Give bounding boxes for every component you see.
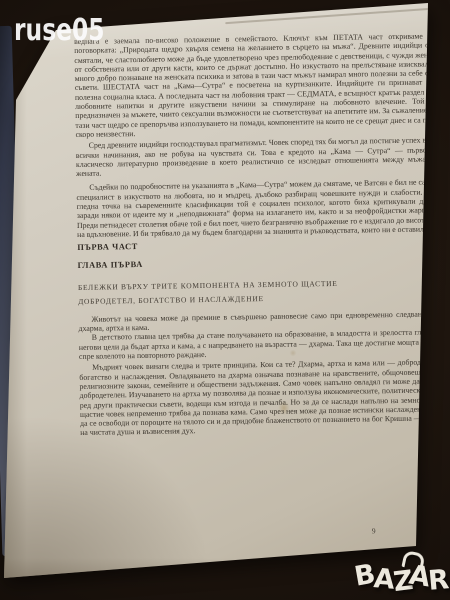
paragraph: Сред древните индийци господствувал праг… bbox=[76, 136, 435, 179]
paragraph: Мъдрият човек винаги следва и трите прин… bbox=[79, 358, 438, 438]
paragraph: В детството главна цел трябва да стане п… bbox=[79, 328, 437, 362]
section-title-line2: ДОБРОДЕТЕЛ, БОГАТСТВО И НАСЛАЖДЕНИЕ bbox=[78, 291, 436, 306]
paragraph: Съдейки по подробностите на указанията в… bbox=[76, 178, 435, 239]
part-heading: ПЪРВА ЧАСТ bbox=[77, 238, 435, 253]
sheet-fold-line bbox=[225, 8, 430, 24]
section-title-line1: БЕЛЕЖКИ ВЪРХУ ТРИТЕ КОМПОНЕНТА НА ЗЕМНОТ… bbox=[78, 277, 436, 292]
page-number: 9 bbox=[372, 526, 376, 535]
logo-letter: R bbox=[427, 566, 450, 595]
page-wrapper: веднага е заемала по-високо положение в … bbox=[0, 0, 450, 600]
chapter-heading: ГЛАВА ПЪРВА bbox=[78, 255, 436, 270]
paragraph: веднага е заемала по-високо положение в … bbox=[74, 31, 434, 139]
book-page: веднага е заемала по-високо положение в … bbox=[0, 0, 450, 600]
page-text: веднага е заемала по-високо положение в … bbox=[74, 31, 438, 437]
seller-watermark: ruse05 bbox=[14, 13, 105, 48]
bazar-logo: BAZAR bbox=[355, 564, 449, 591]
bazar-logo-text: BAZAR bbox=[355, 564, 449, 591]
